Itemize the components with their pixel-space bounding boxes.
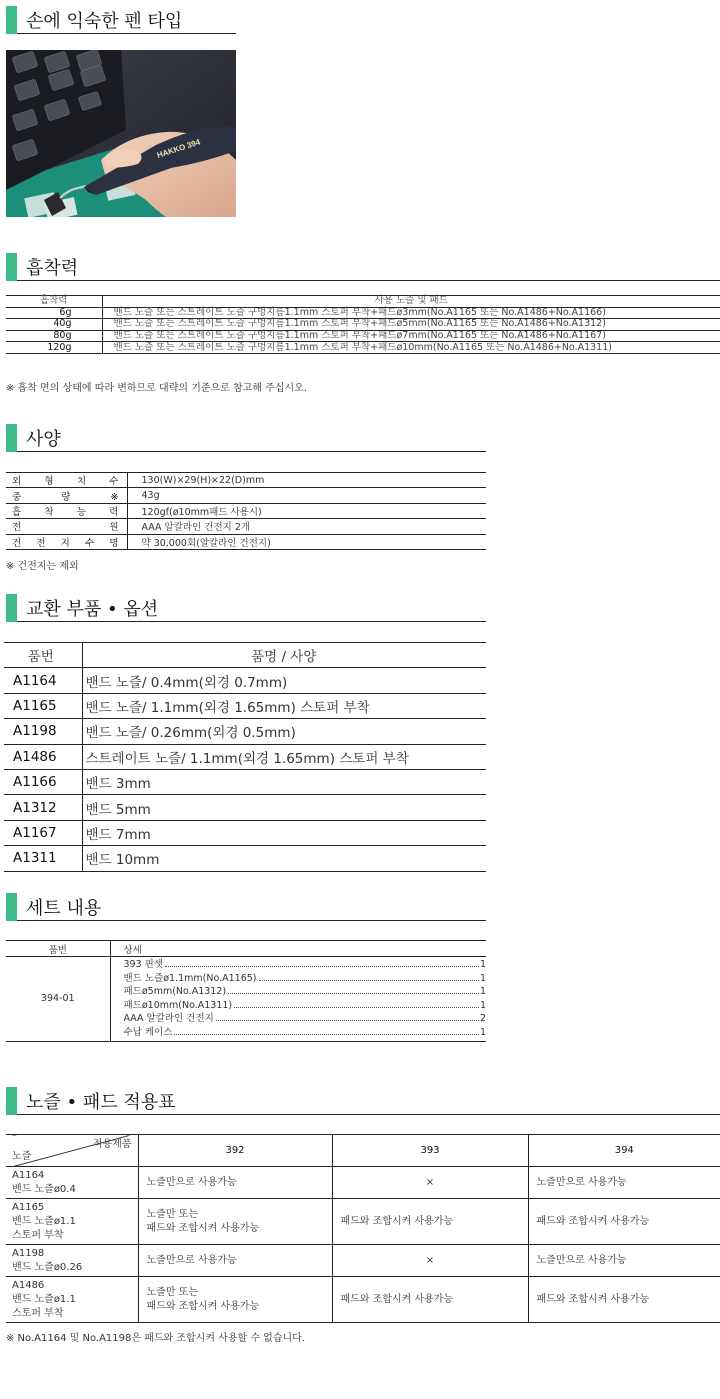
table-row: A1312밴드 5mm bbox=[4, 795, 486, 820]
section-title: 흡착력 bbox=[26, 254, 78, 280]
dot-leader bbox=[165, 966, 479, 967]
table-row: 80g 밴드 노즐 또는 스트레이트 노즐 구멍지름1.1mm 스토퍼 부착+패… bbox=[6, 330, 720, 342]
part-code: A1311 bbox=[4, 846, 82, 871]
spec-value: 130(W)×29(H)×22(D)mm bbox=[127, 473, 486, 488]
header-usage: 사용 노즐 및 패드 bbox=[102, 296, 720, 308]
set-items: 393 핀셋1 밴드 노즐ø1.1mm(No.A1165)1 패드ø5mm(No… bbox=[110, 957, 486, 1042]
table-row: 외 형 치 수 130(W)×29(H)×22(D)mm bbox=[6, 473, 486, 488]
compat-393: × bbox=[332, 1245, 528, 1277]
force-value: 80g bbox=[6, 330, 102, 342]
part-code: A1198 bbox=[4, 719, 82, 744]
compat-393: 패드와 조합시켜 사용가능 bbox=[332, 1199, 528, 1245]
compat-392: 노즐만 또는패드와 조합시켜 사용가능 bbox=[138, 1277, 332, 1323]
corner-label-product: 적용제품 bbox=[93, 1138, 132, 1152]
table-header-row: 품번 품명 / 사양 bbox=[4, 643, 486, 668]
product-photo: HAKKO 394 bbox=[6, 50, 236, 217]
nozzle-pad-application-table: 적용제품 노즐 392 393 394 A1164밴드 노즐ø0.4 노즐만으로… bbox=[6, 1134, 720, 1323]
spec-label: 건 전 지 수 명 bbox=[6, 534, 127, 549]
section-header-pen-type: 손에 익숙한 펜 타입 bbox=[6, 6, 236, 34]
table-row: A1198밴드 노즐ø0.26 노즐만으로 사용가능 × 노즐만으로 사용가능 bbox=[6, 1245, 720, 1277]
header-393: 393 bbox=[332, 1135, 528, 1167]
corner-label-nozzle: 노즐 bbox=[12, 1150, 31, 1164]
table-row: 전 원 AAA 알칼라인 건전지 2개 bbox=[6, 519, 486, 534]
table-header-row: 흡착력 사용 노즐 및 패드 bbox=[6, 296, 720, 308]
nozzle-cell: A1164밴드 노즐ø0.4 bbox=[6, 1167, 138, 1199]
spec-value: 120gf(ø10mm패드 사용시) bbox=[127, 503, 486, 518]
dot-leader bbox=[216, 1020, 479, 1021]
set-item: 수납 케이스1 bbox=[124, 1026, 487, 1040]
section-title: 세트 내용 bbox=[26, 894, 101, 920]
dot-leader bbox=[174, 1034, 479, 1035]
usage-value: 밴드 노즐 또는 스트레이트 노즐 구멍지름1.1mm 스토퍼 부착+패드ø10… bbox=[102, 342, 720, 354]
table-row: A1167밴드 7mm bbox=[4, 820, 486, 845]
part-name: 밴드 노즐/ 0.4mm(외경 0.7mm) bbox=[82, 668, 486, 693]
spec-label: 외 형 치 수 bbox=[6, 473, 127, 488]
accent-bar bbox=[6, 253, 17, 281]
nozzle-cell: A1486밴드 노즐ø1.1스토퍼 부착 bbox=[6, 1277, 138, 1323]
part-name: 밴드 10mm bbox=[82, 846, 486, 871]
header-detail: 상세 bbox=[110, 941, 486, 957]
compat-394: 노즐만으로 사용가능 bbox=[528, 1167, 720, 1199]
table-header-row: 적용제품 노즐 392 393 394 bbox=[6, 1135, 720, 1167]
pen-photo-illustration: HAKKO 394 bbox=[6, 50, 236, 217]
part-name: 밴드 5mm bbox=[82, 795, 486, 820]
spec-note: ※ 건전지는 제외 bbox=[6, 557, 79, 572]
section-header-apply: 노즐 • 패드 적용표 bbox=[6, 1087, 720, 1115]
force-value: 6g bbox=[6, 307, 102, 319]
table-row: A1164밴드 노즐ø0.4 노즐만으로 사용가능 × 노즐만으로 사용가능 bbox=[6, 1167, 720, 1199]
set-code: 394-01 bbox=[6, 957, 110, 1042]
set-item: 패드ø5mm(No.A1312)1 bbox=[124, 985, 487, 999]
part-code: A1166 bbox=[4, 769, 82, 794]
force-value: 40g bbox=[6, 319, 102, 331]
usage-value: 밴드 노즐 또는 스트레이트 노즐 구멍지름1.1mm 스토퍼 부착+패드ø7m… bbox=[102, 330, 720, 342]
table-row: A1164밴드 노즐/ 0.4mm(외경 0.7mm) bbox=[4, 668, 486, 693]
parts-table: 품번 품명 / 사양 A1164밴드 노즐/ 0.4mm(외경 0.7mm) A… bbox=[4, 642, 486, 872]
header-code: 품번 bbox=[4, 643, 82, 668]
table-header-row: 품번 상세 bbox=[6, 941, 486, 957]
set-contents-table: 품번 상세 394-01 393 핀셋1 밴드 노즐ø1.1mm(No.A116… bbox=[6, 940, 486, 1042]
table-row: A1486밴드 노즐ø1.1스토퍼 부착 노즐만 또는패드와 조합시켜 사용가능… bbox=[6, 1277, 720, 1323]
table-row: 40g 밴드 노즐 또는 스트레이트 노즐 구멍지름1.1mm 스토퍼 부착+패… bbox=[6, 319, 720, 331]
spec-table: 외 형 치 수 130(W)×29(H)×22(D)mm 중 량 ※ 43g 흡… bbox=[6, 472, 486, 550]
spec-value: 약 30,000회(알칼라인 건전지) bbox=[127, 534, 486, 549]
set-item: AAA 알칼라인 건전지2 bbox=[124, 1012, 487, 1026]
section-title: 교환 부품 • 옵션 bbox=[26, 595, 158, 621]
table-row: A1165밴드 노즐ø1.1스토퍼 부착 노즐만 또는패드와 조합시켜 사용가능… bbox=[6, 1199, 720, 1245]
accent-bar bbox=[6, 893, 17, 921]
part-name: 밴드 3mm bbox=[82, 769, 486, 794]
table-row: A1311밴드 10mm bbox=[4, 846, 486, 871]
section-header-set: 세트 내용 bbox=[6, 893, 486, 921]
set-item: 패드ø10mm(No.A1311)1 bbox=[124, 999, 487, 1013]
corner-header: 적용제품 노즐 bbox=[6, 1135, 138, 1167]
header-code: 품번 bbox=[6, 941, 110, 957]
compat-392: 노즐만 또는패드와 조합시켜 사용가능 bbox=[138, 1199, 332, 1245]
suction-force-table: 흡착력 사용 노즐 및 패드 6g 밴드 노즐 또는 스트레이트 노즐 구멍지름… bbox=[6, 295, 720, 354]
usage-value: 밴드 노즐 또는 스트레이트 노즐 구멍지름1.1mm 스토퍼 부착+패드ø5m… bbox=[102, 319, 720, 331]
section-title: 손에 익숙한 펜 타입 bbox=[26, 7, 182, 33]
compat-393: 패드와 조합시켜 사용가능 bbox=[332, 1277, 528, 1323]
part-code: A1165 bbox=[4, 693, 82, 718]
compat-394: 패드와 조합시켜 사용가능 bbox=[528, 1277, 720, 1323]
header-392: 392 bbox=[138, 1135, 332, 1167]
table-row: 흡 착 능 력 120gf(ø10mm패드 사용시) bbox=[6, 503, 486, 518]
dot-leader bbox=[259, 980, 479, 981]
set-item: 밴드 노즐ø1.1mm(No.A1165)1 bbox=[124, 972, 487, 986]
header-394: 394 bbox=[528, 1135, 720, 1167]
table-row: 120g 밴드 노즐 또는 스트레이트 노즐 구멍지름1.1mm 스토퍼 부착+… bbox=[6, 342, 720, 354]
part-code: A1167 bbox=[4, 820, 82, 845]
set-item: 393 핀셋1 bbox=[124, 958, 487, 972]
nozzle-cell: A1198밴드 노즐ø0.26 bbox=[6, 1245, 138, 1277]
table-row: A1198밴드 노즐/ 0.26mm(외경 0.5mm) bbox=[4, 719, 486, 744]
table-row: A1486스트레이트 노즐/ 1.1mm(외경 1.65mm) 스토퍼 부착 bbox=[4, 744, 486, 769]
part-code: A1486 bbox=[4, 744, 82, 769]
force-value: 120g bbox=[6, 342, 102, 354]
dot-leader bbox=[228, 993, 479, 994]
part-code: A1312 bbox=[4, 795, 82, 820]
compat-392: 노즐만으로 사용가능 bbox=[138, 1245, 332, 1277]
spec-value: AAA 알칼라인 건전지 2개 bbox=[127, 519, 486, 534]
dot-leader bbox=[234, 1007, 479, 1008]
part-name: 스트레이트 노즐/ 1.1mm(외경 1.65mm) 스토퍼 부착 bbox=[82, 744, 486, 769]
section-header-suction: 흡착력 bbox=[6, 253, 720, 281]
spec-label: 흡 착 능 력 bbox=[6, 503, 127, 518]
part-name: 밴드 노즐/ 1.1mm(외경 1.65mm) 스토퍼 부착 bbox=[82, 693, 486, 718]
part-name: 밴드 노즐/ 0.26mm(외경 0.5mm) bbox=[82, 719, 486, 744]
spec-value: 43g bbox=[127, 488, 486, 503]
table-row: A1166밴드 3mm bbox=[4, 769, 486, 794]
table-row: 건 전 지 수 명 약 30,000회(알칼라인 건전지) bbox=[6, 534, 486, 549]
section-header-parts: 교환 부품 • 옵션 bbox=[6, 594, 486, 622]
compat-394: 노즐만으로 사용가능 bbox=[528, 1245, 720, 1277]
compat-392: 노즐만으로 사용가능 bbox=[138, 1167, 332, 1199]
table-row: 중 량 ※ 43g bbox=[6, 488, 486, 503]
header-name: 품명 / 사양 bbox=[82, 643, 486, 668]
nozzle-cell: A1165밴드 노즐ø1.1스토퍼 부착 bbox=[6, 1199, 138, 1245]
accent-bar bbox=[6, 424, 17, 452]
compat-394: 패드와 조합시켜 사용가능 bbox=[528, 1199, 720, 1245]
apply-note: ※ No.A1164 및 No.A1198은 패드와 조합시켜 사용할 수 없습… bbox=[6, 1329, 305, 1344]
accent-bar bbox=[6, 1087, 17, 1115]
table-row: A1165밴드 노즐/ 1.1mm(외경 1.65mm) 스토퍼 부착 bbox=[4, 693, 486, 718]
usage-value: 밴드 노즐 또는 스트레이트 노즐 구멍지름1.1mm 스토퍼 부착+패드ø3m… bbox=[102, 307, 720, 319]
section-header-spec: 사양 bbox=[6, 424, 486, 452]
suction-note: ※ 흡착 면의 상태에 따라 변하므로 대략의 기준으로 참고해 주십시오. bbox=[6, 379, 307, 394]
spec-label: 중 량 ※ bbox=[6, 488, 127, 503]
spec-label: 전 원 bbox=[6, 519, 127, 534]
table-row: 394-01 393 핀셋1 밴드 노즐ø1.1mm(No.A1165)1 패드… bbox=[6, 957, 486, 1042]
header-force: 흡착력 bbox=[6, 296, 102, 308]
table-row: 6g 밴드 노즐 또는 스트레이트 노즐 구멍지름1.1mm 스토퍼 부착+패드… bbox=[6, 307, 720, 319]
part-name: 밴드 7mm bbox=[82, 820, 486, 845]
compat-393: × bbox=[332, 1167, 528, 1199]
accent-bar bbox=[6, 594, 17, 622]
accent-bar bbox=[6, 6, 17, 34]
section-title: 노즐 • 패드 적용표 bbox=[26, 1088, 176, 1114]
part-code: A1164 bbox=[4, 668, 82, 693]
section-title: 사양 bbox=[26, 425, 61, 451]
